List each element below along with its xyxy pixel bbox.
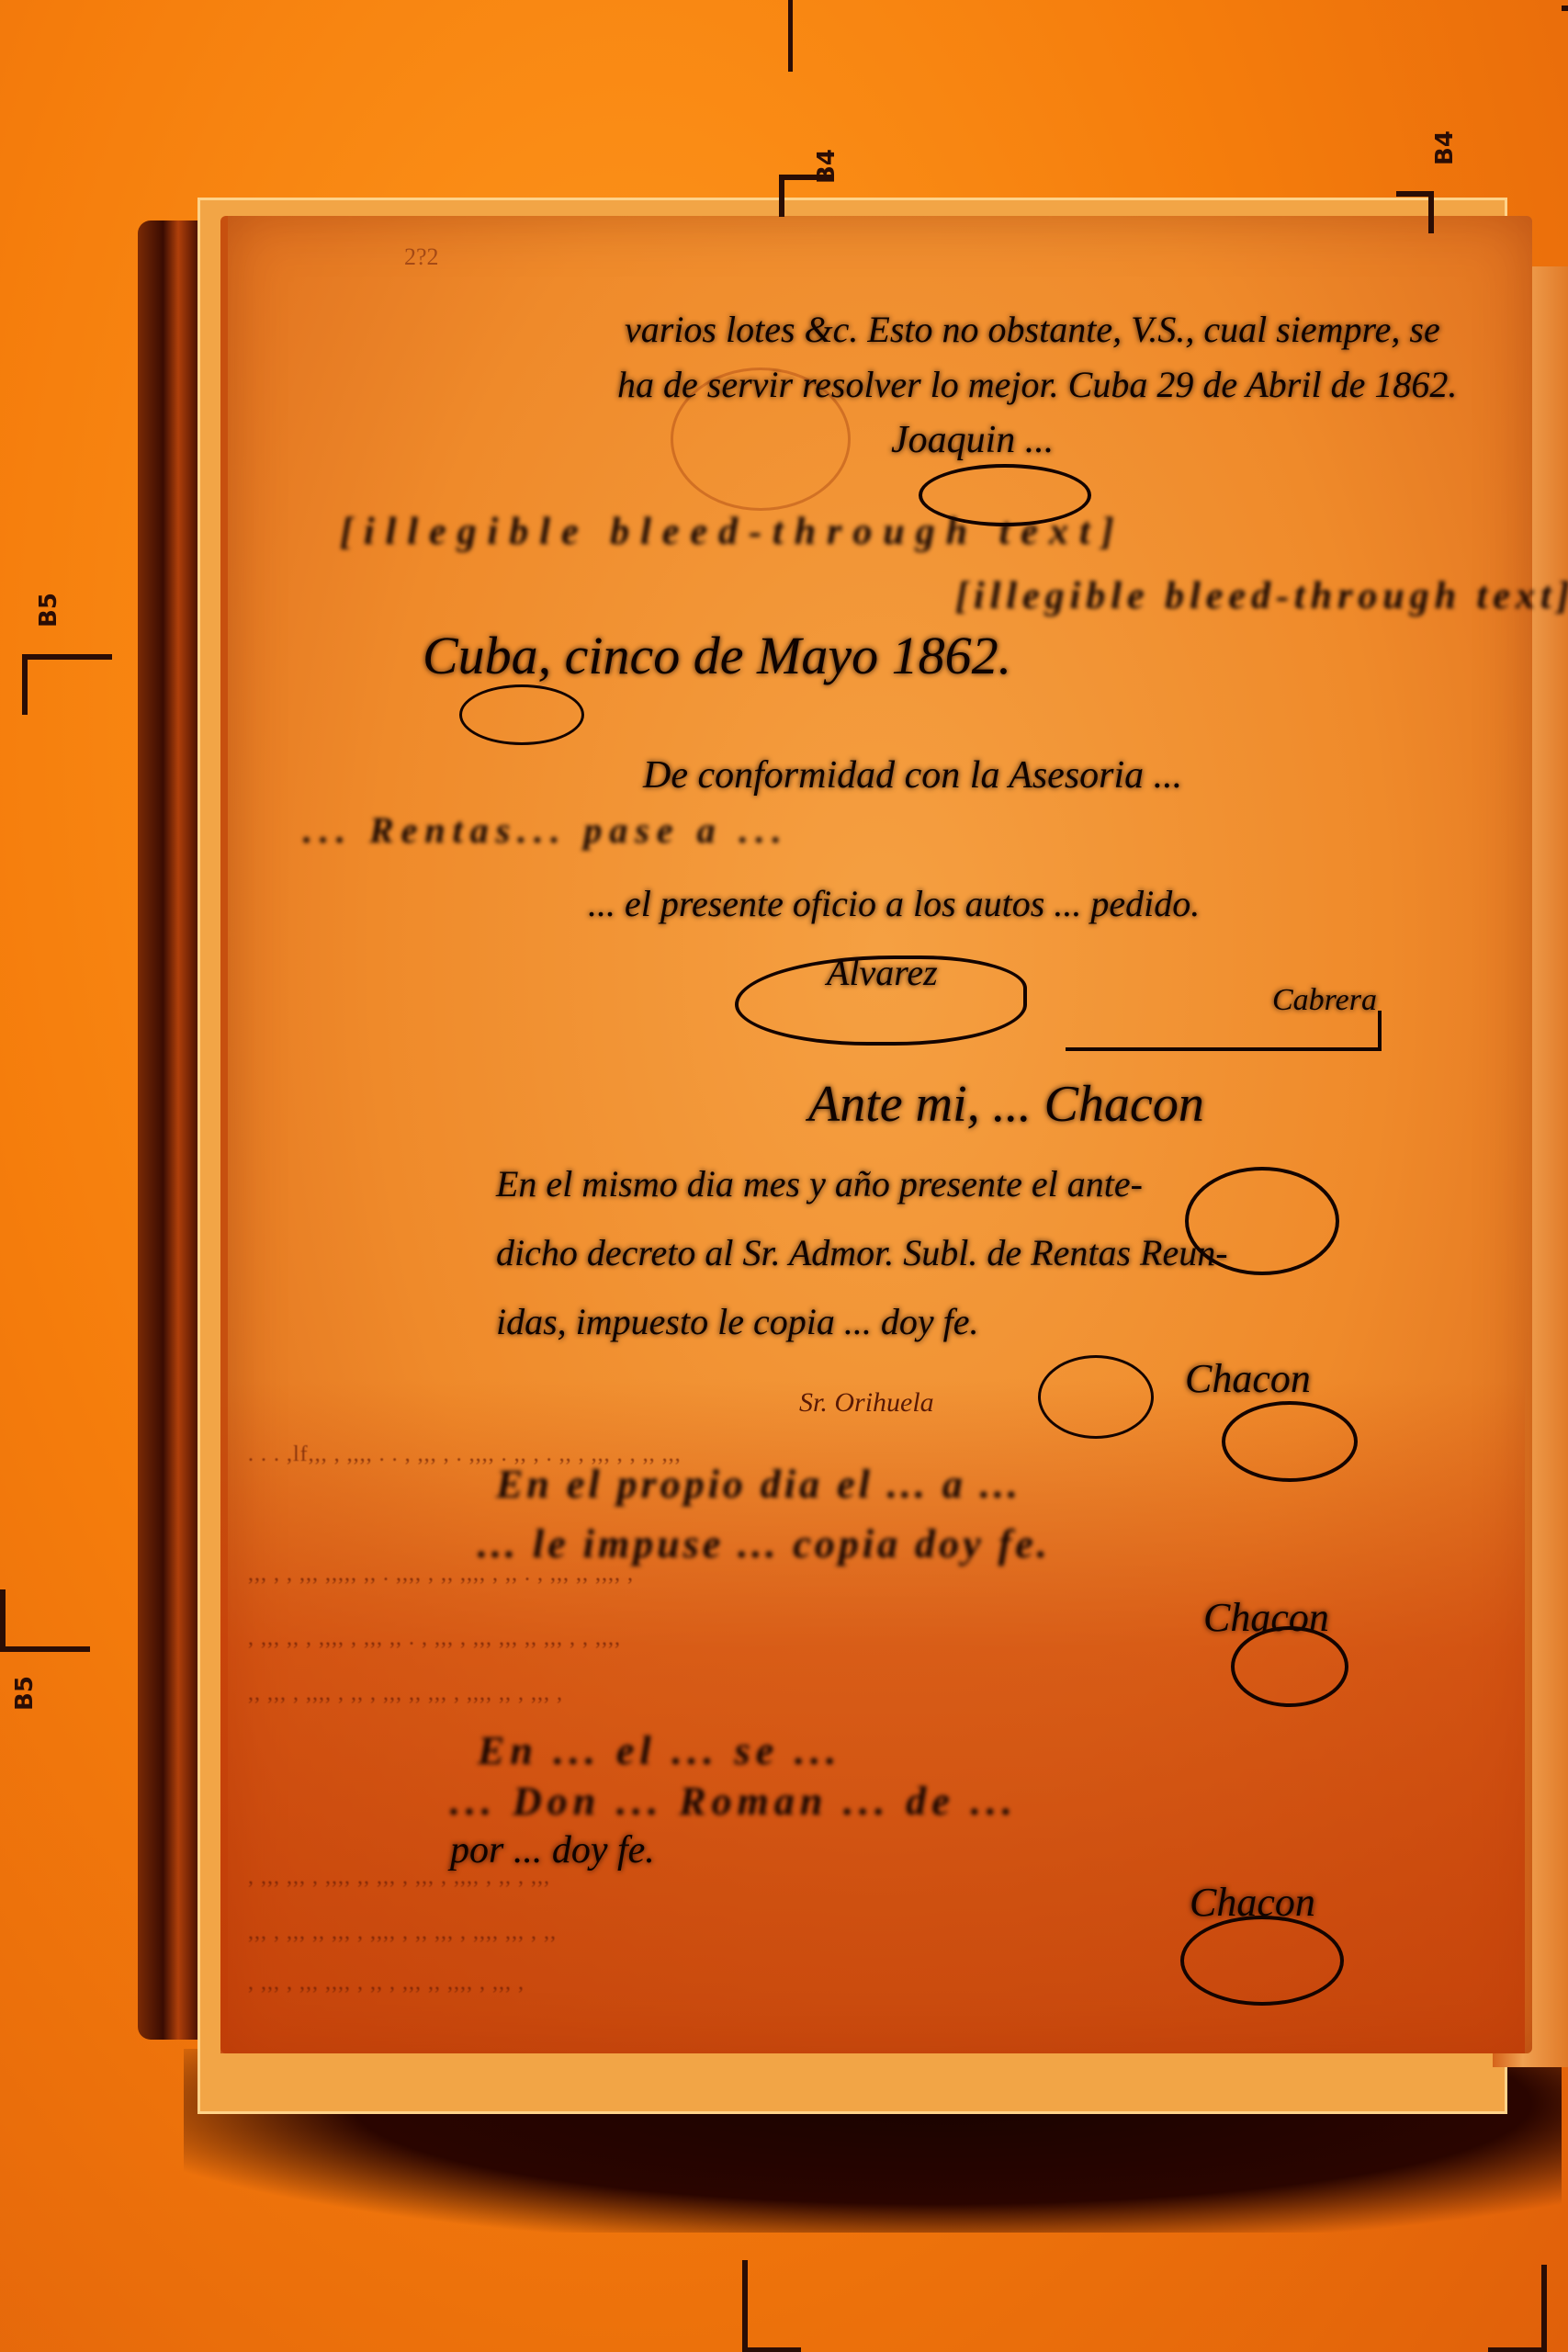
crop-marker-bottom-right <box>1488 2265 1547 2352</box>
crop-marker-b5-upper <box>22 654 112 715</box>
text-line: [illegible bleed-through text] <box>955 574 1568 618</box>
signature-flourish <box>1231 1626 1348 1707</box>
signature-flourish <box>1180 1916 1344 2006</box>
text-line: ... Rentas... pase a ... <box>303 808 789 852</box>
text-line: ... Don ... Roman ... de ... <box>450 1778 1018 1825</box>
bleed-through-text: ,,, , ,,, ,, ,,, , ,,,, , ,, ,,, , ,,,, … <box>248 1920 557 1945</box>
bleed-through-text: ,, ,,, , ,,,, , ,, , ,,, ,, ,,, , ,,,, ,… <box>248 1681 563 1706</box>
dateline-flourish <box>459 684 584 745</box>
signature: Chacon <box>1185 1355 1311 1402</box>
crop-marker-bottom-left <box>742 2260 801 2352</box>
signature-flourish <box>1222 1401 1358 1482</box>
page-number: 2?2 <box>404 243 439 271</box>
text-line: ... le impuse ... copia doy fe. <box>478 1521 1051 1567</box>
crop-marker-b5-lower <box>0 1589 90 1652</box>
text-line: varios lotes &c. Esto no obstante, V.S.,… <box>625 308 1440 351</box>
text-line: En el mismo dia mes y año presente el an… <box>496 1162 1143 1205</box>
paraph-flourish <box>1038 1355 1154 1439</box>
underline-stroke <box>1066 1011 1382 1051</box>
text-line: por ... doy fe. <box>450 1828 655 1872</box>
marker-label-b5-upper: B5 <box>35 593 62 628</box>
crop-marker-top <box>788 0 793 72</box>
bleed-through-text: , ,,, , ,,, ,,,, , ,, , ,,, ,, ,,,, , ,,… <box>248 1971 525 1996</box>
marginal-note: Sr. Orihuela <box>799 1387 934 1419</box>
text-line: ... el presente oficio a los autos ... p… <box>588 882 1200 925</box>
dateline: Cuba, cinco de Mayo 1862. <box>423 625 1011 686</box>
crop-marker-b4-right <box>1396 191 1434 233</box>
marker-label-b5-lower: B5 <box>11 1676 39 1711</box>
text-line: idas, impuesto le copia ... doy fe. <box>496 1300 978 1343</box>
text-line: De conformidad con la Asesoria ... <box>643 753 1182 797</box>
text-line: En ... el ... se ... <box>478 1727 841 1774</box>
text-line: ha de servir resolver lo mejor. Cuba 29 … <box>617 363 1457 406</box>
crop-marker-top-right <box>1562 6 1568 11</box>
text-line: En el propio dia el ... a ... <box>496 1461 1021 1508</box>
marker-label-b4-left: B4 <box>813 149 840 184</box>
text-line: [illegible bleed-through text] <box>340 510 1125 554</box>
signature: Joaquin ... <box>891 418 1054 462</box>
bleed-through-text: , ,,, ,, , ,,,, , ,,, ,, . , ,,, , ,,, ,… <box>248 1626 621 1651</box>
notary-heading: Ante mi, ... Chacon <box>808 1075 1204 1134</box>
marker-label-b4-right: B4 <box>1431 130 1459 165</box>
text-line: dicho decreto al Sr. Admor. Subl. de Ren… <box>496 1231 1228 1274</box>
